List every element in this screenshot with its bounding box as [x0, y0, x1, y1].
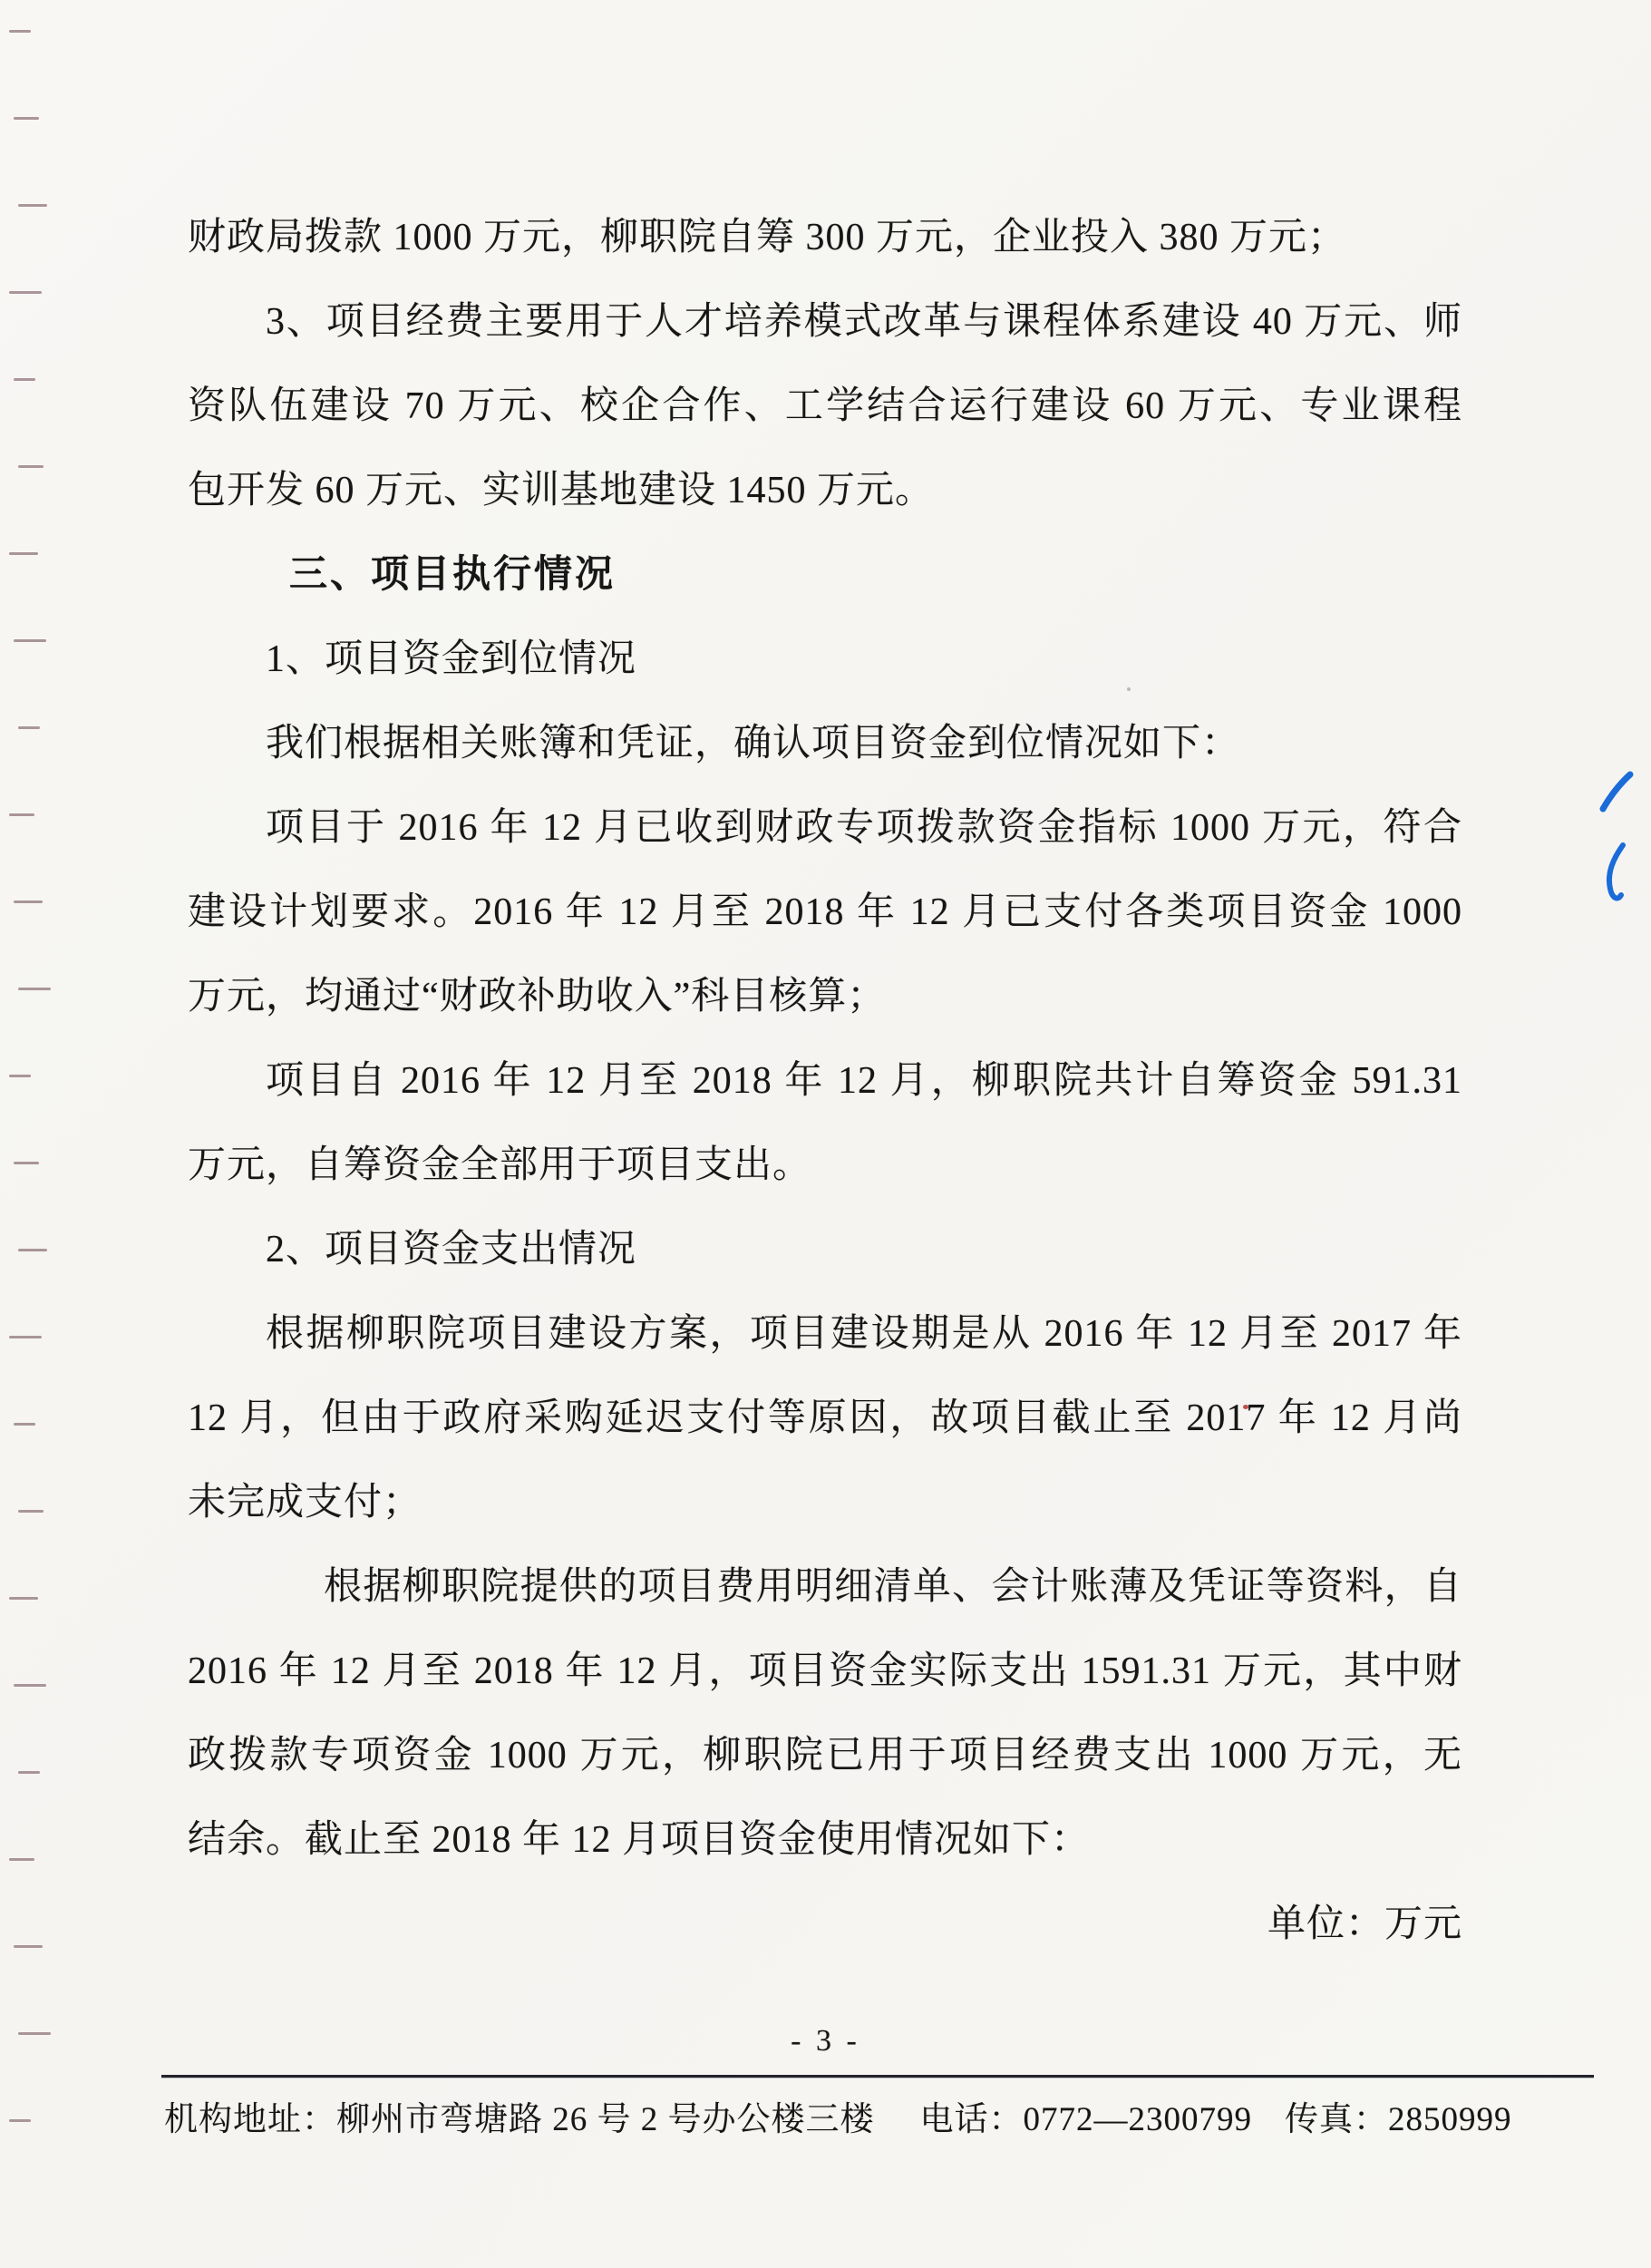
text-line: 2016 年 12 月至 2018 年 12 月，项目资金实际支出 1591.3…	[188, 1630, 1462, 1714]
binding-dash	[9, 813, 34, 816]
scanned-document-page: 财政局拨款 1000 万元，柳职院自筹 300 万元，企业投入 380 万元；3…	[0, 0, 1651, 2268]
binding-dash	[18, 204, 47, 207]
blue-pen-marks	[1578, 762, 1650, 916]
text-line: 建设计划要求。2016 年 12 月至 2018 年 12 月已支付各类项目资金…	[188, 871, 1462, 955]
binding-dash	[18, 988, 51, 990]
binding-dash	[9, 1858, 34, 1861]
binding-dash	[14, 378, 35, 381]
footer-divider	[161, 2075, 1594, 2078]
binding-dash	[14, 900, 43, 903]
text-line: 结余。截止至 2018 年 12 月项目资金使用情况如下：	[188, 1798, 1462, 1883]
text-line: 资队伍建设 70 万元、校企合作、工学结合运行建设 60 万元、专业课程	[188, 365, 1462, 449]
text-line: 包开发 60 万元、实训基地建设 1450 万元。	[188, 449, 1462, 533]
document-body: 财政局拨款 1000 万元，柳职院自筹 300 万元，企业投入 380 万元；3…	[188, 196, 1462, 1967]
text-line: 万元，均通过“财政补助收入”科目核算；	[188, 955, 1462, 1039]
footer: 机构地址：柳州市弯塘路 26 号 2 号办公楼三楼电话：0772—2300799…	[164, 2091, 1615, 2140]
text-line: 2、项目资金支出情况	[188, 1208, 1462, 1292]
text-line: 1、项目资金到位情况	[188, 618, 1462, 702]
binding-dash	[18, 465, 44, 468]
binding-dash	[14, 1423, 35, 1426]
binding-dash	[9, 1336, 42, 1338]
binding-dash	[9, 1075, 31, 1077]
text-line: 未完成支付；	[188, 1461, 1462, 1545]
footer-address: 机构地址：柳州市弯塘路 26 号 2 号办公楼三楼	[164, 2101, 875, 2138]
binding-dash	[14, 1162, 39, 1164]
text-line: 根据柳职院提供的项目费用明细清单、会计账薄及凭证等资料，自	[188, 1545, 1462, 1630]
binding-dash	[14, 1684, 46, 1687]
text-line: 政拨款专项资金 1000 万元，柳职院已用于项目经费支出 1000 万元，无	[188, 1714, 1462, 1798]
binding-dash	[14, 117, 39, 120]
binding-dash	[18, 1510, 44, 1513]
footer-fax: 传真：2850999	[1285, 2101, 1512, 2138]
text-line: 根据柳职院项目建设方案，项目建设期是从 2016 年 12 月至 2017 年	[188, 1292, 1462, 1377]
footer-phone: 电话：0772—2300799	[920, 2101, 1253, 2138]
text-line: 项目自 2016 年 12 月至 2018 年 12 月，柳职院共计自筹资金 5…	[188, 1039, 1462, 1124]
text-line: 3、项目经费主要用于人才培养模式改革与课程体系建设 40 万元、师	[188, 280, 1462, 365]
text-line: 三、项目执行情况	[188, 533, 1462, 618]
binding-dash	[9, 552, 38, 555]
binding-dash	[14, 1945, 43, 1948]
binding-dash	[9, 2119, 31, 2122]
red-ink-speck	[1243, 1405, 1248, 1409]
binding-dash	[14, 639, 46, 642]
text-line: 万元，自筹资金全部用于项目支出。	[188, 1124, 1462, 1208]
text-line: 财政局拨款 1000 万元，柳职院自筹 300 万元，企业投入 380 万元；	[188, 196, 1462, 280]
page-number: - 3 -	[0, 2024, 1651, 2059]
ink-speck	[1127, 687, 1131, 691]
text-line: 单位：万元	[188, 1883, 1462, 1967]
binding-dash	[9, 30, 31, 33]
text-line: 我们根据相关账簿和凭证，确认项目资金到位情况如下：	[188, 702, 1462, 786]
binding-dash	[9, 1597, 38, 1600]
binding-dash	[18, 726, 40, 729]
binding-dash	[9, 291, 42, 294]
text-line: 项目于 2016 年 12 月已收到财政专项拨款资金指标 1000 万元，符合	[188, 786, 1462, 871]
text-line: 12 月，但由于政府采购延迟支付等原因，故项目截止至 2017 年 12 月尚	[188, 1377, 1462, 1461]
binding-dash	[18, 1249, 47, 1251]
binding-dash	[18, 1771, 40, 1774]
